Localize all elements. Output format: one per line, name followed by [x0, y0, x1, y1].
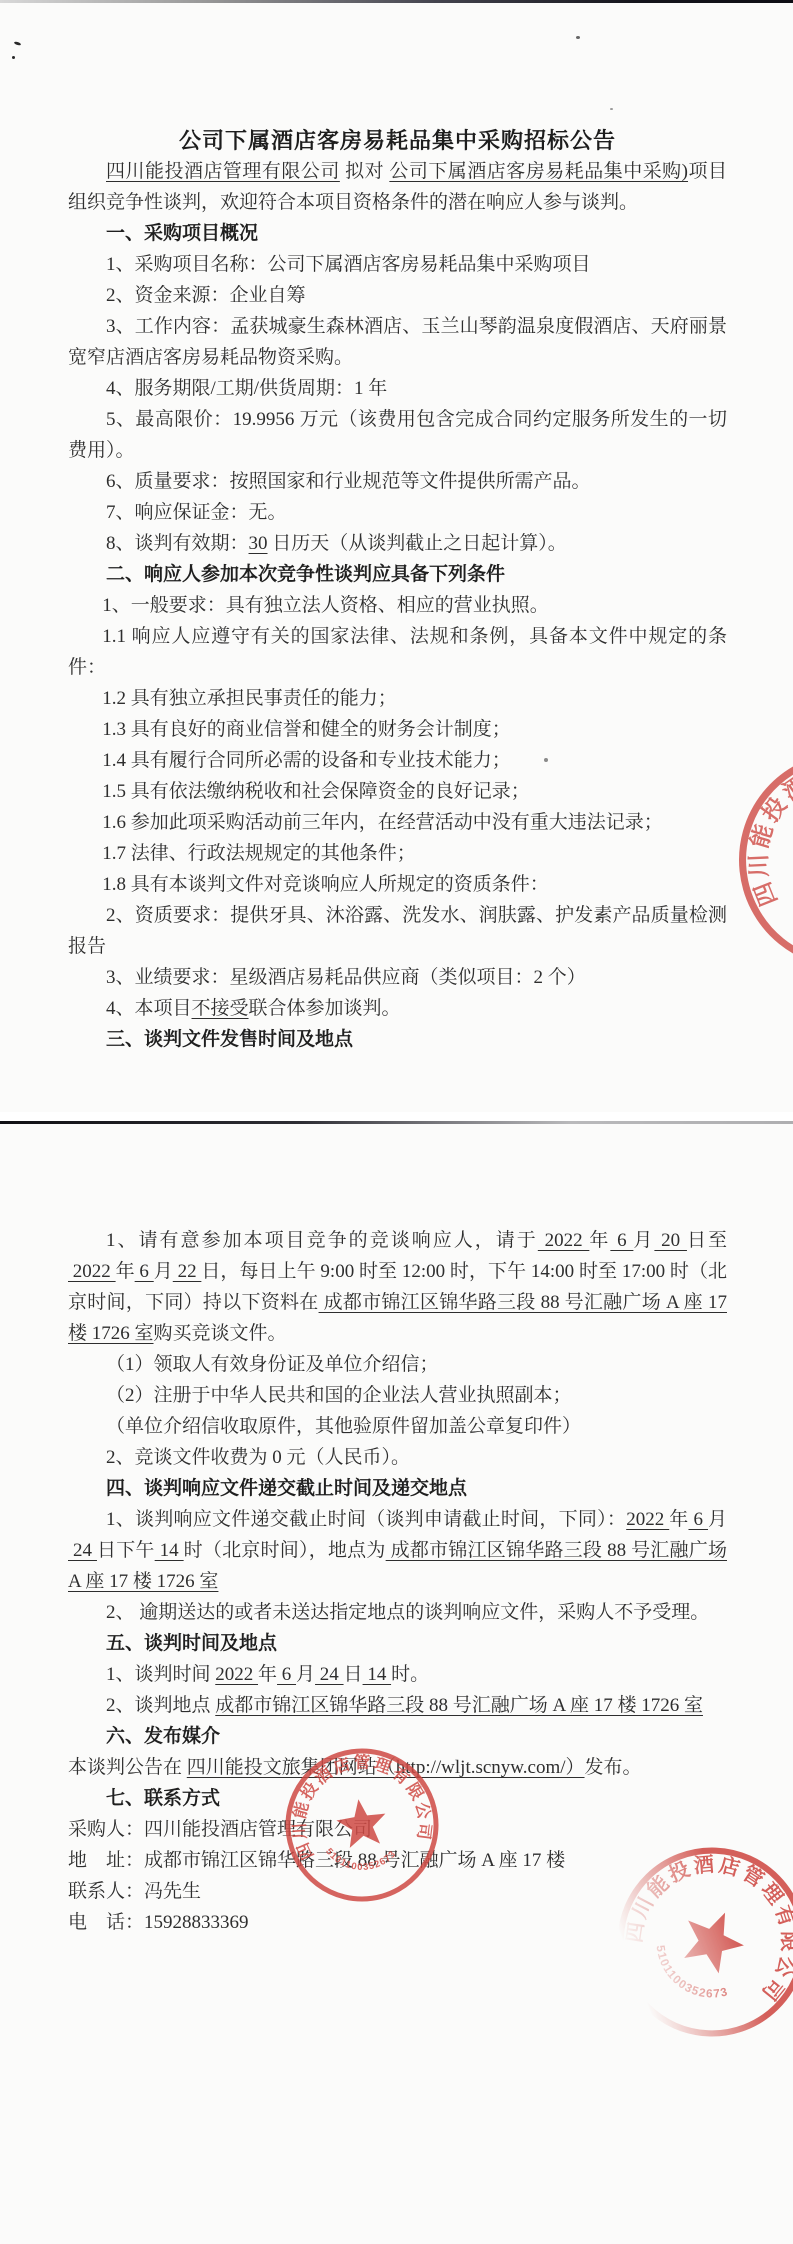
section-3-item-1: 1、请有意参加本项目竞争的竞谈响应人，请于 2022 年 6 月 20 日至 2…	[68, 1225, 727, 1349]
s3-i1-f: 月	[154, 1261, 173, 1282]
section-1-item-1: 1、采购项目名称：公司下属酒店客房易耗品集中采购项目	[68, 249, 727, 280]
section-3-item-2: 2、竞谈文件收费为 0 元（人民币）。	[68, 1442, 727, 1473]
s5-i1-e: 时。	[391, 1664, 429, 1685]
section-2-item-1-1: 1.1 响应人应遵守有关的国家法律、法规和条例，具备本文件中规定的条件：	[68, 621, 727, 683]
section-5-item-2: 2、谈判地点 成都市锦江区锦华路三段 88 号汇融广场 A 座 17 楼 172…	[68, 1690, 727, 1721]
intro-paragraph: 四川能投酒店管理有限公司 拟对 公司下属酒店客房易耗品集中采购)项目组织竞争性谈…	[68, 156, 727, 218]
s3-month-1-underlined: 6	[610, 1230, 633, 1251]
s4-month-underlined: 6	[688, 1509, 708, 1530]
company-seal-stamp: 四川能投酒店管理有限公司 5101100352673	[266, 1729, 458, 1921]
s3-i1-h: 购买竞谈文件。	[154, 1323, 287, 1344]
s5-i2-a: 2、谈判地点	[106, 1695, 215, 1716]
svg-text:5101100352673: 5101100352673	[322, 1837, 400, 1878]
s5-i1-b: 年	[258, 1664, 277, 1685]
s3-day-2-underlined: 22	[173, 1261, 202, 1282]
section-1-item-8: 8、谈判有效期：30 日历天（从谈判截止之日起计算）。	[68, 528, 727, 559]
section-2-item-1-3: 1.3 具有良好的商业信誉和健全的财务会计制度；	[68, 714, 727, 745]
s4-i1-c: 月	[708, 1509, 727, 1530]
intro-company-underlined: 四川能投酒店管理有限公司	[106, 161, 340, 182]
section-2-heading: 二、响应人参加本次竞争性谈判应具备下列条件	[68, 559, 727, 590]
s5-month-underlined: 6	[277, 1664, 296, 1685]
section-2-item-3: 3、业绩要求：星级酒店易耗品供应商（类似项目：2 个）	[68, 962, 727, 993]
section-1-item-4: 4、服务期限/工期/供货周期：1 年	[68, 373, 727, 404]
s5-day-underlined: 24	[315, 1664, 344, 1685]
s4-day-underlined: 24	[68, 1540, 97, 1561]
section-2-item-1-4: 1.4 具有履行合同所必需的设备和专业技术能力；	[68, 745, 727, 776]
s3-day-1-underlined: 20	[654, 1230, 687, 1251]
section-2-item-1-2: 1.2 具有独立承担民事责任的能力；	[68, 683, 727, 714]
page-title: 公司下属酒店客房易耗品集中采购招标公告	[68, 0, 727, 156]
svg-text:5101100352673: 5101100352673	[641, 1940, 739, 2011]
section-1-item-6: 6、质量要求：按照国家和行业规范等文件提供所需产品。	[68, 466, 727, 497]
item-4-suffix: 联合体参加谈判。	[249, 998, 401, 1019]
intro-project-underlined: 公司下属酒店客房易耗品集中采购)	[389, 161, 688, 182]
section-4-item-1: 1、谈判响应文件递交截止时间（谈判申请截止时间，下同）：2022 年 6 月 2…	[68, 1504, 727, 1597]
seal-registration-number: 5101100352673	[641, 1940, 739, 2011]
s3-i1-d: 日至	[687, 1230, 727, 1251]
s5-hour-underlined: 14	[363, 1664, 392, 1685]
page-gap	[0, 1112, 793, 1121]
item-8-suffix: 日历天（从谈判截止之日起计算）。	[268, 533, 567, 554]
s5-i1-a: 1、谈判时间	[106, 1664, 215, 1685]
scan-speck	[544, 758, 548, 762]
section-4-heading: 四、谈判响应文件递交截止时间及递交地点	[68, 1473, 727, 1504]
section-3-sub-2: （2）注册于中华人民共和国的企业法人营业执照副本；	[68, 1380, 727, 1411]
scan-speck	[610, 108, 613, 110]
scanned-document: 公司下属酒店客房易耗品集中采购招标公告 四川能投酒店管理有限公司 拟对 公司下属…	[0, 0, 793, 2244]
s6-a: 本谈判公告在	[68, 1757, 187, 1778]
s4-year-underlined: 2022	[626, 1509, 669, 1530]
s4-i1-d: 日下午	[97, 1540, 155, 1561]
item-4-no-consortium-underlined: 不接受	[192, 998, 249, 1019]
seal-star-icon	[334, 1796, 389, 1849]
s3-year-1-underlined: 2022	[538, 1230, 590, 1251]
s5-year-underlined: 2022	[215, 1664, 258, 1685]
section-2-item-1-6: 1.6 参加此项采购活动前三年内，在经营活动中没有重大违法记录；	[68, 807, 727, 838]
s5-i1-d: 日	[344, 1664, 363, 1685]
document-page-1: 公司下属酒店客房易耗品集中采购招标公告 四川能投酒店管理有限公司 拟对 公司下属…	[0, 0, 793, 1115]
section-1-heading: 一、采购项目概况	[68, 218, 727, 249]
s4-hour-underlined: 14	[155, 1540, 184, 1561]
s5-venue-address-underlined: 成都市锦江区锦华路三段 88 号汇融广场 A 座 17 楼 1726 室	[215, 1695, 703, 1716]
s3-i1-c: 月	[633, 1230, 654, 1251]
item-4-prefix: 4、本项目	[106, 998, 192, 1019]
section-1-item-7: 7、响应保证金：无。	[68, 497, 727, 528]
section-3-heading: 三、谈判文件发售时间及地点	[68, 1024, 727, 1055]
s3-i1-e: 年	[116, 1261, 135, 1282]
section-2-item-1: 1、一般要求：具有独立法人资格、相应的营业执照。	[68, 590, 727, 621]
company-seal-graphic: 四川能投酒店管理有限公司 5101100352673	[266, 1729, 458, 1921]
scan-speck	[12, 56, 15, 59]
section-2-item-1-7: 1.7 法律、行政法规规定的其他条件；	[68, 838, 727, 869]
s3-year-2-underlined: 2022	[68, 1261, 116, 1282]
s3-i1-a: 1、请有意参加本项目竞争的竞谈响应人，请于	[106, 1230, 538, 1251]
s4-i1-e: 时（北京时间），地点为	[184, 1540, 386, 1561]
section-3-sub-1: （1）领取人有效身份证及单位介绍信；	[68, 1349, 727, 1380]
s4-i1-a: 1、谈判响应文件递交截止时间（谈判申请截止时间，下同）：	[106, 1509, 626, 1530]
section-1-item-2: 2、资金来源：企业自筹	[68, 280, 727, 311]
section-2-item-2: 2、资质要求：提供牙具、沐浴露、洗发水、润肤露、护发素产品质量检测报告	[68, 900, 727, 962]
section-2-item-1-5: 1.5 具有依法缴纳税收和社会保障资金的良好记录；	[68, 776, 727, 807]
section-2-item-4: 4、本项目不接受联合体参加谈判。	[68, 993, 727, 1024]
document-page-2: 1、请有意参加本项目竞争的竞谈响应人，请于 2022 年 6 月 20 日至 2…	[0, 1122, 793, 2244]
section-1-item-3: 3、工作内容：孟获城豪生森林酒店、玉兰山琴韵温泉度假酒店、天府丽景宽窄店酒店客房…	[68, 311, 727, 373]
section-3-sub-3: （单位介绍信收取原件，其他验原件留加盖公章复印件）	[68, 1411, 727, 1442]
scan-speck	[576, 36, 580, 39]
s5-i1-c: 月	[296, 1664, 315, 1685]
s3-month-2-underlined: 6	[135, 1261, 154, 1282]
item-8-validity-days-underlined: 30	[249, 533, 268, 554]
intro-mid-text: 拟对	[340, 161, 389, 182]
section-4-item-2: 2、 逾期送达的或者未送达指定地点的谈判响应文件，采购人不予受理。	[68, 1597, 727, 1628]
s3-i1-b: 年	[589, 1230, 610, 1251]
section-2-item-1-8: 1.8 具有本谈判文件对竞谈响应人所规定的资质条件：	[68, 869, 727, 900]
section-5-heading: 五、谈判时间及地点	[68, 1628, 727, 1659]
s4-i1-b: 年	[669, 1509, 688, 1530]
seal-registration-number: 5101100352673	[322, 1837, 400, 1878]
item-8-prefix: 8、谈判有效期：	[106, 533, 249, 554]
s6-b: 发布。	[585, 1757, 642, 1778]
section-1-item-5: 5、最高限价：19.9956 万元（该费用包含完成合同约定服务所发生的一切费用）…	[68, 404, 727, 466]
seal-star-icon	[674, 1900, 753, 1978]
section-5-item-1: 1、谈判时间 2022 年 6 月 24 日 14 时。	[68, 1659, 727, 1690]
